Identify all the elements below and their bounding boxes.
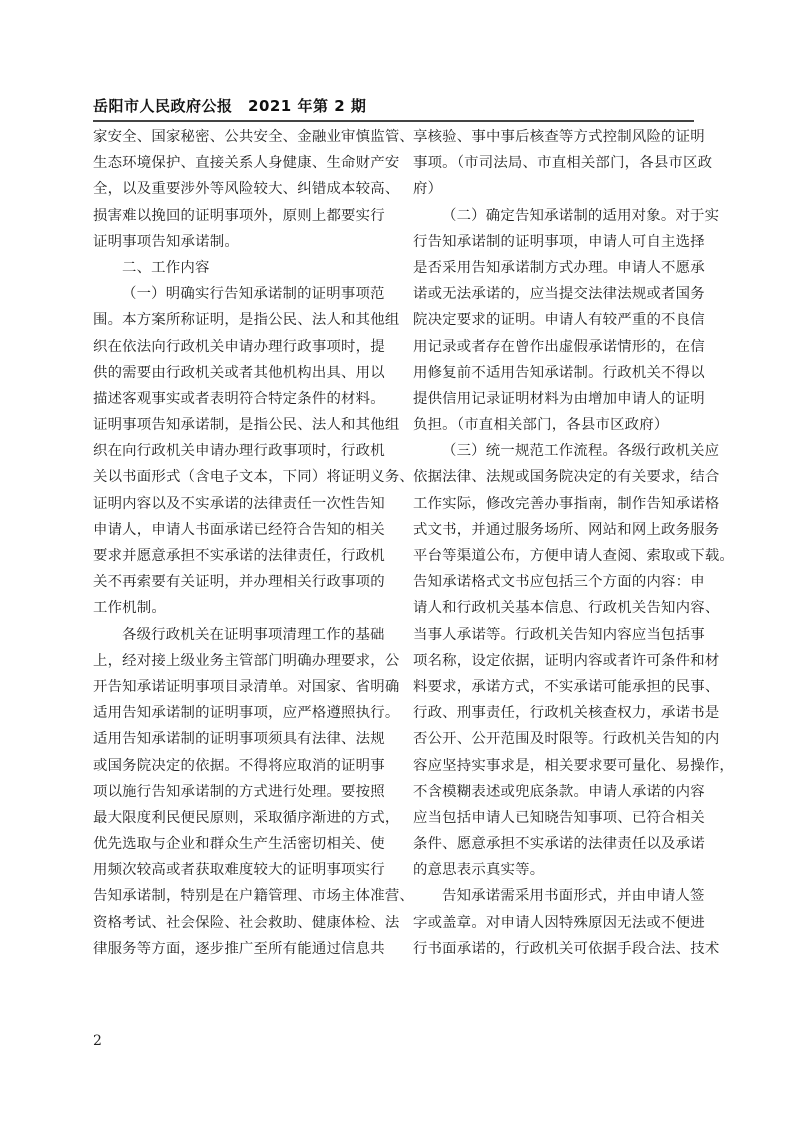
- text-line: 用频次较高或者获取难度较大的证明事项实行: [93, 857, 381, 883]
- text-line: 上，经对接上级业务主管部门明确办理要求，公: [93, 648, 381, 674]
- text-line: 工作实际，修改完善办事指南，制作告知承诺格: [413, 491, 701, 517]
- text-line: 平台等渠道公布，方便申请人查阅、索取或下载。: [413, 543, 701, 569]
- text-line: 否公开、公开范围及时限等。行政机关告知的内: [413, 726, 701, 752]
- text-line: 当事人承诺等。行政机关告知内容应当包括事: [413, 622, 701, 648]
- text-line: 行书面承诺的，行政机关可依据手段合法、技术: [413, 936, 701, 962]
- text-line: 或国务院决定的依据。不得将应取消的证明事: [93, 753, 381, 779]
- text-line: （一）明确实行告知承诺制的证明事项范: [93, 281, 381, 307]
- text-line: （三）统一规范工作流程。各级行政机关应: [413, 438, 701, 464]
- right-column: 享核验、事中事后核查等方式控制风险的证明事项。（市司法局、市直相关部门，各县市区…: [413, 124, 701, 962]
- text-line: 损害难以挽回的证明事项外，原则上都要实行: [93, 203, 381, 229]
- text-line: 供的需要由行政机关或者其他机构出具、用以: [93, 360, 381, 386]
- text-line: 围。本方案所称证明，是指公民、法人和其他组: [93, 307, 381, 333]
- text-line: 不含模糊表述或兜底条款。申请人承诺的内容: [413, 779, 701, 805]
- text-line: 家安全、国家秘密、公共安全、金融业审慎监管、: [93, 124, 381, 150]
- publication-title: 岳阳市人民政府公报 2021 年第 2 期: [93, 96, 694, 116]
- text-line: 织在向行政机关申请办理行政事项时，行政机: [93, 438, 381, 464]
- text-line: 条件、愿意承担不实承诺的法律责任以及承诺: [413, 831, 701, 857]
- text-line: 享核验、事中事后核查等方式控制风险的证明: [413, 124, 701, 150]
- text-line: 要求并愿意承担不实承诺的法律责任，行政机: [93, 543, 381, 569]
- text-line: 告知承诺格式文书应包括三个方面的内容：申: [413, 569, 701, 595]
- text-line: 提供信用记录证明材料为由增加申请人的证明: [413, 386, 701, 412]
- text-line: 告知承诺需采用书面形式，并由申请人签: [413, 883, 701, 909]
- text-line: 依据法律、法规或国务院决定的有关要求，结合: [413, 464, 701, 490]
- text-line: 告知承诺制，特别是在户籍管理、市场主体准营、: [93, 883, 381, 909]
- text-line: 负担。（市直相关部门，各县市区政府）: [413, 412, 701, 438]
- text-line: 府）: [413, 176, 701, 202]
- text-line: 各级行政机关在证明事项清理工作的基础: [93, 622, 381, 648]
- text-line: 证明内容以及不实承诺的法律责任一次性告知: [93, 491, 381, 517]
- text-line: 诺或无法承诺的，应当提交法律法规或者国务: [413, 281, 701, 307]
- text-line: 应当包括申请人已知晓告知事项、已符合相关: [413, 805, 701, 831]
- text-line: 项以施行告知承诺制的方式进行处理。要按照: [93, 779, 381, 805]
- text-line: 织在依法向行政机关申请办理行政事项时，提: [93, 334, 381, 360]
- text-line: 式文书，并通过服务场所、网站和网上政务服务: [413, 517, 701, 543]
- text-line: 行政、刑事责任，行政机关核查权力，承诺书是: [413, 700, 701, 726]
- text-line: 关不再索要有关证明，并办理相关行政事项的: [93, 569, 381, 595]
- text-line: 用修复前不适用告知承诺制。行政机关不得以: [413, 360, 701, 386]
- text-line: 证明事项告知承诺制。: [93, 229, 381, 255]
- text-line: （二）确定告知承诺制的适用对象。对于实: [413, 203, 701, 229]
- text-line: 描述客观事实或者表明符合特定条件的材料。: [93, 386, 381, 412]
- text-line: 开告知承诺证明事项目录清单。对国家、省明确: [93, 674, 381, 700]
- text-line: 最大限度利民便民原则，采取循序渐进的方式，: [93, 805, 381, 831]
- text-line: 行告知承诺制的证明事项，申请人可自主选择: [413, 229, 701, 255]
- text-line: 适用告知承诺制的证明事项，应严格遵照执行。: [93, 700, 381, 726]
- text-line: 工作机制。: [93, 595, 381, 621]
- text-line: 料要求，承诺方式，不实承诺可能承担的民事、: [413, 674, 701, 700]
- text-line: 律服务等方面，逐步推广至所有能通过信息共: [93, 936, 381, 962]
- page-header: 岳阳市人民政府公报 2021 年第 2 期: [93, 96, 694, 122]
- text-line: 容应坚持实事求是，相关要求要可量化、易操作，: [413, 753, 701, 779]
- text-line: 优先选取与企业和群众生产生活密切相关、使: [93, 831, 381, 857]
- text-line: 的意思表示真实等。: [413, 857, 701, 883]
- text-line: 申请人，申请人书面承诺已经符合告知的相关: [93, 517, 381, 543]
- text-line: 二、工作内容: [93, 255, 381, 281]
- text-line: 资格考试、社会保险、社会救助、健康体检、法: [93, 910, 381, 936]
- text-line: 关以书面形式（含电子文本，下同）将证明义务、: [93, 464, 381, 490]
- page-number: 2: [93, 1033, 102, 1049]
- text-line: 院决定要求的证明。申请人有较严重的不良信: [413, 307, 701, 333]
- text-line: 是否采用告知承诺制方式办理。申请人不愿承: [413, 255, 701, 281]
- text-line: 字或盖章。对申请人因特殊原因无法或不便进: [413, 910, 701, 936]
- left-column: 家安全、国家秘密、公共安全、金融业审慎监管、生态环境保护、直接关系人身健康、生命…: [93, 124, 381, 962]
- text-line: 全，以及重要涉外等风险较大、纠错成本较高、: [93, 176, 381, 202]
- text-line: 适用告知承诺制的证明事项须具有法律、法规: [93, 726, 381, 752]
- text-line: 生态环境保护、直接关系人身健康、生命财产安: [93, 150, 381, 176]
- text-line: 事项。（市司法局、市直相关部门，各县市区政: [413, 150, 701, 176]
- text-line: 证明事项告知承诺制，是指公民、法人和其他组: [93, 412, 381, 438]
- text-line: 用记录或者存在曾作出虚假承诺情形的，在信: [413, 334, 701, 360]
- text-line: 请人和行政机关基本信息、行政机关告知内容、: [413, 595, 701, 621]
- text-line: 项名称，设定依据，证明内容或者许可条件和材: [413, 648, 701, 674]
